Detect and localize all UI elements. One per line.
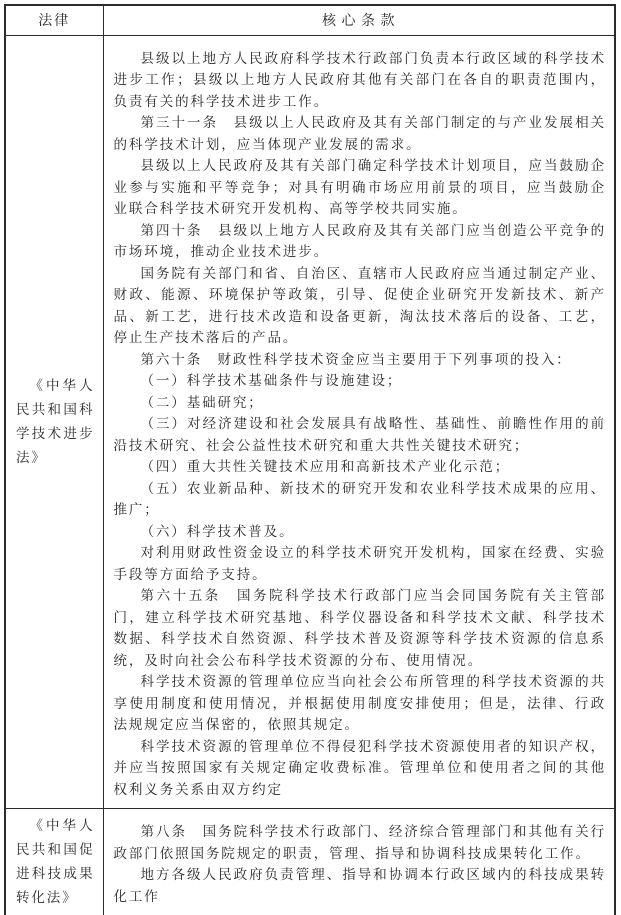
law-name-cell: 《中华人民共和国科学技术进步法》 (5, 35, 103, 809)
table-header-row: 法律 核 心 条 款 (5, 5, 615, 35)
provision-paragraph: 科学技术资源的管理单位不得侵犯科学技术资源使用者的知识产权，并应当按照国家有关规… (114, 736, 607, 801)
law-column-header: 法律 (5, 5, 103, 35)
provision-paragraph: 第三十一条 县级以上人民政府及其有关部门制定的与产业发展相关的科学技术计划，应当… (114, 112, 607, 155)
provision-paragraph: （二）基础研究； (114, 392, 607, 414)
table-row-achievements-transformation-law: 《中华人民共和国促进科技成果转化法》 第八条 国务院科学技术行政部门、经济综合管… (5, 809, 615, 915)
provision-paragraph: （六）科学技术普及。 (114, 521, 607, 543)
document-page: 法律 核 心 条 款 《中华人民共和国科学技术进步法》 县级以上地方人民政府科学… (0, 0, 621, 915)
table-row-science-progress-law: 《中华人民共和国科学技术进步法》 县级以上地方人民政府科学技术行政部门负责本行政… (5, 35, 615, 809)
law-name: 《中华人民共和国促进科技成果转化法》 (16, 814, 95, 910)
provision-paragraph: （三）对经济建设和社会发展具有战略性、基础性、前瞻性作用的前沿技术研究、社会公益… (114, 413, 607, 456)
legal-provisions-table: 法律 核 心 条 款 《中华人民共和国科学技术进步法》 县级以上地方人民政府科学… (4, 4, 616, 915)
provision-paragraph: 县级以上地方人民政府科学技术行政部门负责本行政区域的科学技术进步工作；县级以上地… (114, 48, 607, 113)
provision-paragraph: （一）科学技术基础条件与设施建设； (114, 370, 607, 392)
law-name-cell: 《中华人民共和国促进科技成果转化法》 (5, 809, 103, 915)
law-name: 《中华人民共和国科学技术进步法》 (16, 374, 95, 470)
provisions-column-header: 核 心 条 款 (103, 5, 615, 35)
provision-paragraph: 国务院有关部门和省、自治区、直辖市人民政府应当通过制定产业、财政、能源、环境保护… (114, 263, 607, 349)
provision-paragraph: 地方各级人民政府负责管理、指导和协调本行政区域内的科技成果转化工作 (114, 864, 607, 907)
provision-paragraph: 县级以上人民政府及其有关部门确定科学技术计划项目，应当鼓励企业参与实施和平等竞争… (114, 155, 607, 220)
provision-paragraph: 第八条 国务院科学技术行政部门、经济综合管理部门和其他有关行政部门依照国务院规定… (114, 821, 607, 864)
provision-paragraph: （五）农业新品种、新技术的研究开发和农业科学技术成果的应用、推广； (114, 478, 607, 521)
provision-paragraph: 对利用财政性资金设立的科学技术研究开发机构，国家在经费、实验手段等方面给予支持。 (114, 542, 607, 585)
provision-paragraph: 科学技术资源的管理单位应当向社会公布所管理的科学技术资源的共享使用制度和使用情况… (114, 671, 607, 736)
provision-paragraph: 第六十五条 国务院科学技术行政部门应当会同国务院有关主管部门，建立科学技术研究基… (114, 585, 607, 671)
provision-paragraph: 第四十条 县级以上地方人民政府及其有关部门应当创造公平竞争的市场环境，推动企业技… (114, 220, 607, 263)
provisions-cell: 第八条 国务院科学技术行政部门、经济综合管理部门和其他有关行政部门依照国务院规定… (103, 809, 615, 915)
provision-paragraph: 第六十条 财政性科学技术资金应当主要用于下列事项的投入： (114, 349, 607, 371)
provision-paragraph: （四）重大共性关键技术应用和高新技术产业化示范； (114, 456, 607, 478)
provisions-cell: 县级以上地方人民政府科学技术行政部门负责本行政区域的科学技术进步工作；县级以上地… (103, 35, 615, 809)
